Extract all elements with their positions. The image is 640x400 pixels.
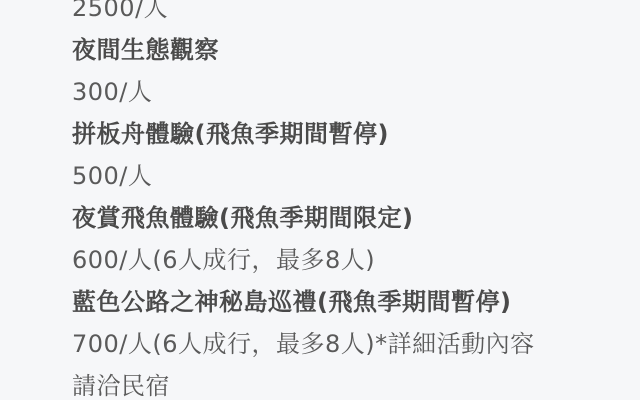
activity-price: 600/人(6人成行，最多8人): [72, 239, 632, 281]
activity-price: 700/人(6人成行，最多8人)*詳細活動內容: [72, 323, 632, 365]
activity-price: 300/人: [72, 71, 632, 113]
activity-note: 請洽民宿: [72, 365, 632, 400]
activity-price: 2500/人: [72, 0, 632, 29]
activity-title: 夜間生態觀察: [72, 29, 632, 71]
activity-title: 拼板舟體驗(飛魚季期間暫停): [72, 113, 632, 155]
activity-title: 夜賞飛魚體驗(飛魚季期間限定): [72, 197, 632, 239]
activity-price-list: 2500/人 夜間生態觀察 300/人 拼板舟體驗(飛魚季期間暫停) 500/人…: [72, 0, 632, 400]
activity-price: 500/人: [72, 155, 632, 197]
activity-title: 藍色公路之神秘島巡禮(飛魚季期間暫停): [72, 281, 632, 323]
